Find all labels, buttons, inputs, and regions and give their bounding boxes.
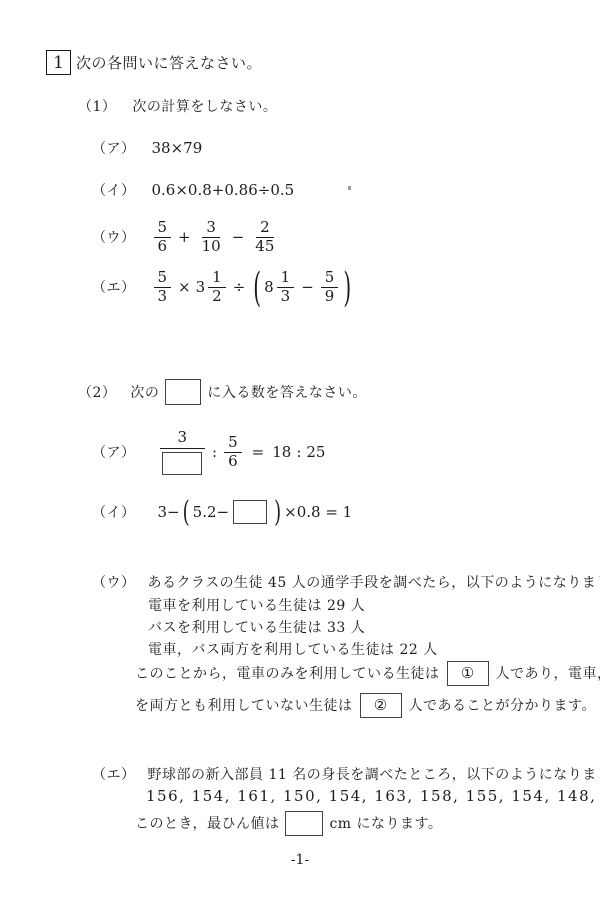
section-1-header: （1） 次の計算をしなさい。 bbox=[78, 96, 277, 116]
problem-number: 1 bbox=[53, 53, 64, 73]
fraction-denominator: 45 bbox=[251, 238, 278, 255]
q2b-expression-pre: 3− bbox=[158, 503, 180, 521]
mixed-number-whole: 8 bbox=[264, 278, 274, 296]
q2a-label: （ア） bbox=[92, 442, 136, 462]
q2d-mode-pre: このとき，最ひん値は bbox=[135, 813, 279, 833]
fraction-5-6: 5 6 bbox=[154, 219, 172, 255]
fraction-numerator: 1 bbox=[208, 269, 226, 287]
both-count-text: 電車，バス両方を利用している生徒は 22 人 bbox=[148, 639, 438, 659]
close-paren: ) bbox=[343, 263, 351, 311]
q2b-row: （イ） 3− ( 5.2− ) ×0.8 = 1 bbox=[92, 496, 352, 528]
plus-operator: + bbox=[178, 228, 191, 246]
section-2-title-post: に入る数を答えなさい。 bbox=[207, 382, 367, 402]
fraction-numerator: 3 bbox=[160, 429, 206, 449]
answer-box-blank bbox=[233, 500, 267, 524]
q2c-line4: 電車，バス両方を利用している生徒は 22 人 bbox=[148, 639, 438, 659]
exam-page: 1 次の各問いに答えなさい。 （1） 次の計算をしなさい。 （ア） 38×79 … bbox=[0, 0, 600, 900]
section-2-title-pre: 次の bbox=[130, 382, 159, 402]
fraction-3-10: 3 10 bbox=[198, 219, 225, 255]
train-count-text: 電車を利用している生徒は 29 人 bbox=[148, 595, 365, 615]
divide-operator: ÷ bbox=[233, 278, 246, 296]
fraction-denominator: 3 bbox=[277, 288, 295, 305]
q1d-label: （エ） bbox=[92, 277, 136, 297]
q2c-label: （ウ） bbox=[92, 572, 136, 592]
q2c-conclusion-mid: 人であり，電車，バス bbox=[496, 663, 600, 683]
problem-number-box: 1 bbox=[46, 50, 71, 75]
fraction-1-3: 1 3 bbox=[277, 269, 295, 305]
q1a-expression: 38×79 bbox=[152, 139, 203, 157]
section-1-title: 次の計算をしなさい。 bbox=[132, 96, 277, 116]
section-2-label: （2） bbox=[78, 382, 116, 402]
fraction-denominator: 2 bbox=[208, 288, 226, 305]
ratio-value-18: 18 bbox=[272, 443, 291, 461]
q2c-conclusion-post: 人であることが分かります。 bbox=[409, 695, 596, 715]
mixed-number-whole: 3 bbox=[196, 278, 206, 296]
ratio-value-25: 25 bbox=[306, 443, 325, 461]
fraction-denominator: 3 bbox=[154, 288, 172, 305]
times-operator: × bbox=[178, 278, 191, 296]
fraction-numerator: 5 bbox=[321, 269, 339, 287]
fraction-numerator: 5 bbox=[154, 269, 172, 287]
fraction-denominator: 6 bbox=[154, 238, 172, 255]
q2c-conclusion-pre: このことから，電車のみを利用している生徒は bbox=[135, 663, 440, 683]
fraction-denominator: 10 bbox=[198, 238, 225, 255]
fraction-2-45: 2 45 bbox=[251, 219, 278, 255]
q1a-row: （ア） 38×79 bbox=[92, 138, 202, 158]
scan-artifact-dot bbox=[348, 186, 351, 190]
q2c-line2: 電車を利用している生徒は 29 人 bbox=[148, 595, 365, 615]
q1c-row: （ウ） 5 6 + 3 10 − 2 45 bbox=[92, 215, 280, 259]
ratio-colon: : bbox=[212, 443, 217, 461]
q2c-line5: このことから，電車のみを利用している生徒は ① 人であり，電車，バス bbox=[135, 658, 600, 688]
answer-box-denominator bbox=[162, 452, 202, 475]
fraction-with-answer-box: 3 bbox=[160, 429, 206, 475]
q2b-expression-post: ×0.8 = 1 bbox=[284, 503, 352, 521]
equals-sign: = bbox=[252, 443, 265, 461]
fraction-5-6: 5 6 bbox=[224, 434, 242, 470]
circled-number-1: ① bbox=[461, 664, 474, 682]
q1d-row: （エ） 5 3 × 3 1 2 ÷ ( 8 1 3 − 5 9 ) bbox=[92, 265, 354, 309]
fraction-numerator: 5 bbox=[154, 219, 172, 237]
q2d-line3: このとき，最ひん値は cm になります。 bbox=[135, 808, 442, 838]
q2c-line6: を両方とも利用していない生徒は ② 人であることが分かります。 bbox=[135, 690, 596, 720]
q2a-row: （ア） 3 : 5 6 = 18 : 25 bbox=[92, 428, 325, 476]
q2d-line1: （エ） 野球部の新入部員 11 名の身長を調べたところ，以下のようになりました。 bbox=[92, 764, 600, 784]
fraction-numerator: 1 bbox=[277, 269, 295, 287]
problem-1-header: 1 次の各問いに答えなさい。 bbox=[46, 50, 262, 75]
height-data-list: 156, 154, 161, 150, 154, 163, 158, 155, … bbox=[146, 787, 600, 805]
fraction-5-9: 5 9 bbox=[321, 269, 339, 305]
problem-title: 次の各問いに答えなさい。 bbox=[76, 52, 262, 73]
answer-box-mode bbox=[285, 811, 323, 836]
q2b-label: （イ） bbox=[92, 502, 136, 522]
fraction-denominator: 6 bbox=[224, 453, 242, 470]
ratio-colon: : bbox=[296, 443, 301, 461]
fraction-numerator: 5 bbox=[224, 434, 242, 452]
circled-number-2: ② bbox=[374, 696, 387, 714]
bus-count-text: バスを利用している生徒は 33 人 bbox=[148, 617, 365, 637]
q2c-line1: （ウ） あるクラスの生徒 45 人の通学手段を調べたら，以下のようになりました。 bbox=[92, 572, 600, 592]
q2d-intro-text: 野球部の新入部員 11 名の身長を調べたところ，以下のようになりました。 bbox=[148, 764, 600, 784]
page-number: -1- bbox=[0, 852, 600, 868]
open-paren: ( bbox=[183, 495, 190, 529]
fraction-numerator: 3 bbox=[202, 219, 220, 237]
q2c-conclusion-cont: を両方とも利用していない生徒は bbox=[135, 695, 353, 715]
answer-box-circled-1: ① bbox=[447, 661, 489, 686]
minus-operator: − bbox=[301, 278, 314, 296]
close-paren: ) bbox=[274, 495, 281, 529]
q1c-label: （ウ） bbox=[92, 227, 136, 247]
q2d-label: （エ） bbox=[92, 764, 136, 784]
section-2-header: （2） 次の に入る数を答えなさい。 bbox=[78, 378, 367, 406]
q2c-intro-text: あるクラスの生徒 45 人の通学手段を調べたら，以下のようになりました。 bbox=[148, 572, 600, 592]
q2c-line3: バスを利用している生徒は 33 人 bbox=[148, 617, 365, 637]
q2b-expression-inner: 5.2− bbox=[193, 503, 229, 521]
q1a-label: （ア） bbox=[92, 138, 136, 158]
q1b-label: （イ） bbox=[92, 180, 136, 200]
answer-box-circled-2: ② bbox=[360, 693, 402, 718]
fraction-5-3: 5 3 bbox=[154, 269, 172, 305]
fraction-denominator: 9 bbox=[321, 288, 339, 305]
answer-box-blank bbox=[165, 379, 201, 405]
q1b-row: （イ） 0.6×0.8+0.86÷0.5 bbox=[92, 180, 294, 200]
minus-operator: − bbox=[232, 228, 245, 246]
q1b-expression: 0.6×0.8+0.86÷0.5 bbox=[152, 181, 295, 199]
fraction-numerator: 2 bbox=[256, 219, 274, 237]
fraction-1-2: 1 2 bbox=[208, 269, 226, 305]
q2d-line2: 156, 154, 161, 150, 154, 163, 158, 155, … bbox=[146, 787, 600, 805]
q2d-mode-post: cm になります。 bbox=[329, 813, 442, 833]
open-paren: ( bbox=[253, 263, 261, 311]
section-1-label: （1） bbox=[78, 96, 116, 116]
